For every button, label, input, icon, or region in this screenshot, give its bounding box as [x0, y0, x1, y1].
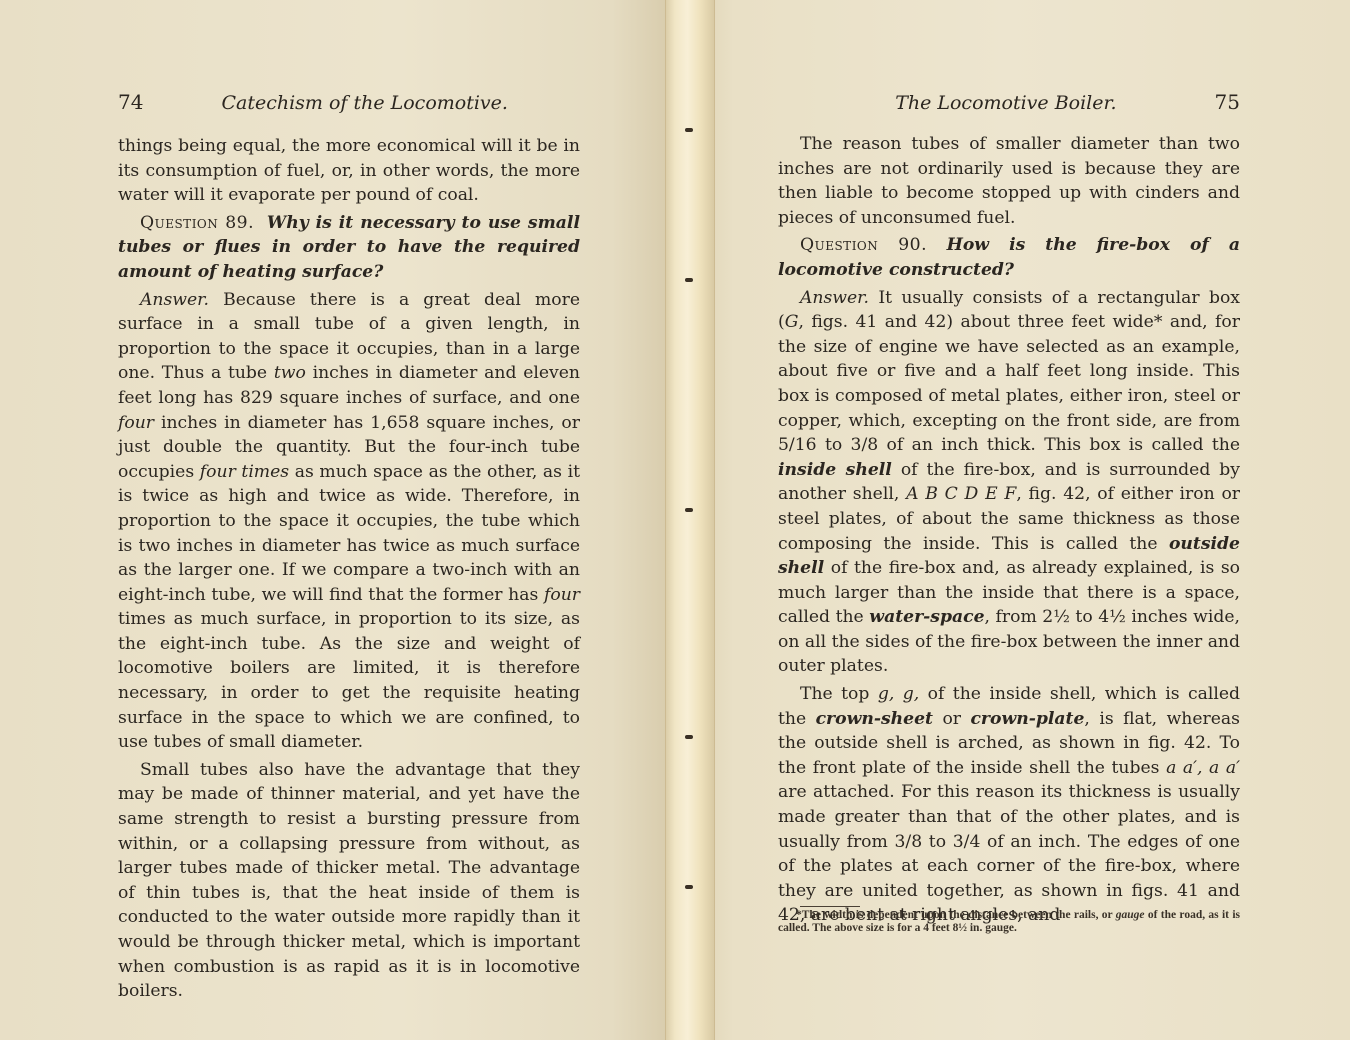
binding-stitch [685, 278, 693, 282]
page-number-left: 74 [118, 90, 143, 114]
paragraph-continuation: things being equal, the more economical … [118, 134, 580, 208]
binding-stitch [685, 735, 693, 739]
question-90: Question 90. How is the fire-box of a lo… [778, 233, 1240, 282]
running-title-left: Catechism of the Locomotive. [221, 92, 508, 114]
answer-90: Answer. It usually consists of a rectang… [778, 286, 1240, 680]
paragraph-small-diameter: The reason tubes of smaller diameter tha… [778, 132, 1240, 230]
footnote-rule [800, 906, 860, 907]
answer-89: Answer. Because there is a great deal mo… [118, 288, 580, 755]
right-running-head: The Locomotive Boiler. 75 [785, 90, 1240, 114]
left-body-text: things being equal, the more economical … [118, 134, 580, 1007]
answer-label: Answer. [140, 290, 209, 310]
running-title-right: The Locomotive Boiler. [895, 92, 1116, 114]
book-spine-gutter [665, 0, 715, 1040]
left-page: 74 Catechism of the Locomotive. things b… [0, 0, 665, 1040]
page-number-right: 75 [1215, 90, 1240, 114]
right-page: The Locomotive Boiler. 75 The reason tub… [665, 0, 1350, 1040]
right-body-text: The reason tubes of smaller diameter tha… [778, 132, 1240, 931]
question-89: Question 89. Why is it necessary to use … [118, 211, 580, 285]
left-running-head: 74 Catechism of the Locomotive. [118, 90, 588, 114]
binding-stitch [685, 508, 693, 512]
paragraph-small-tubes: Small tubes also have the advantage that… [118, 758, 580, 1004]
paragraph-crown-sheet: The top g, g, of the inside shell, which… [778, 682, 1240, 928]
binding-stitch [685, 128, 693, 132]
footnote: *The width is dependent upon the distanc… [778, 909, 1240, 934]
question-label: Question 89. [140, 213, 254, 233]
binding-stitch [685, 885, 693, 889]
question-label: Question 90. [800, 235, 927, 255]
answer-label: Answer. [800, 288, 869, 308]
